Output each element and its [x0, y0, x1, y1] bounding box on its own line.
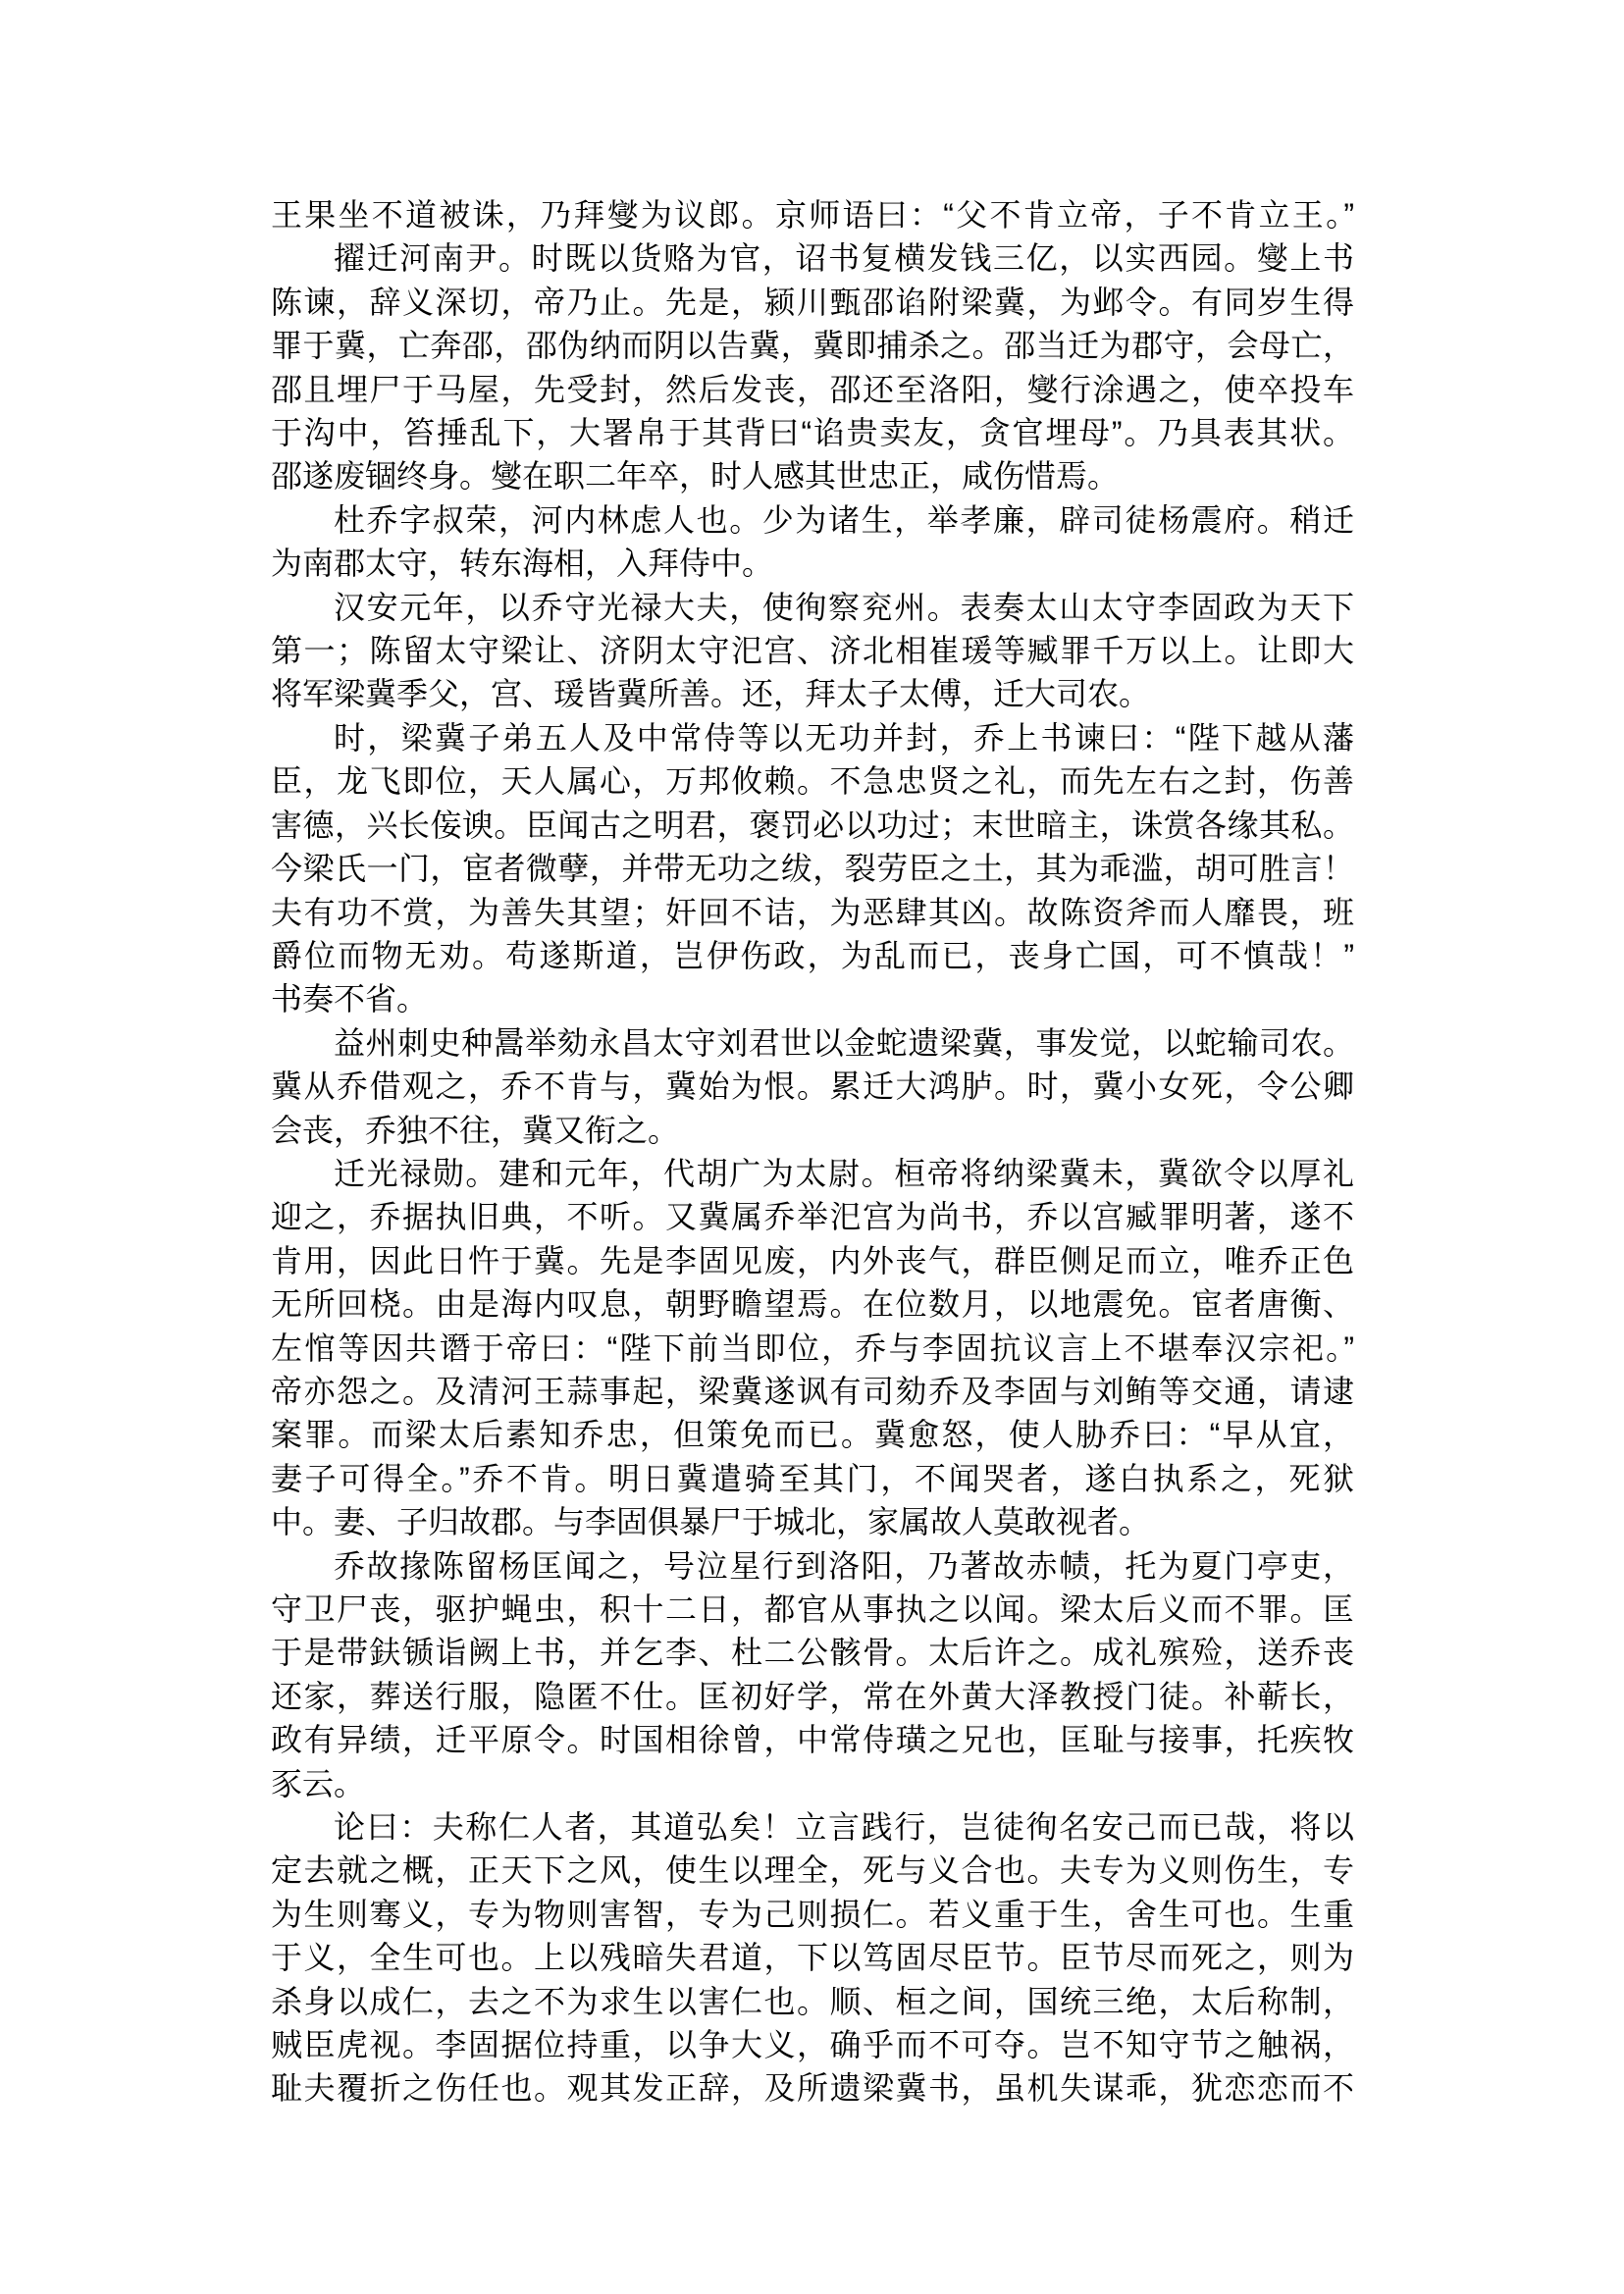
text-line: 肯用，因此日忤于冀。先是李固见废，内外丧气，群臣侧足而立，唯乔正色 — [271, 1239, 1354, 1282]
text-line: 案罪。而梁太后素知乔忠，但策免而已。冀愈怒，使人胁乔曰：“早从宜， — [271, 1413, 1354, 1456]
text-line: 益州刺史种暠举劾永昌太守刘君世以金蛇遗梁冀，事发觉，以蛇输司农。 — [271, 1021, 1354, 1065]
text-line: 帝亦怨之。及清河王蒜事起，梁冀遂讽有司劾乔及李固与刘鲔等交通，请逮 — [271, 1370, 1354, 1413]
text-line: 迁光禄勋。建和元年，代胡广为太尉。桓帝将纳梁冀未，冀欲令以厚礼 — [271, 1152, 1354, 1195]
text-line: 左悺等因共谮于帝曰：“陛下前当即位，乔与李固抗议言上不堪奉汉宗祀。” — [271, 1327, 1354, 1370]
text-line: 无所回桡。由是海内叹息，朝野瞻望焉。在位数月，以地震免。宦者唐衡、 — [271, 1282, 1354, 1326]
text-line: 将军梁冀季父，宫、瑗皆冀所善。还，拜太子太傅，迁大司农。 — [271, 672, 1354, 715]
text-line: 爵位而物无劝。苟遂斯道，岂伊伤政，为乱而已，丧身亡国，可不慎哉！” — [271, 934, 1354, 977]
document-page: 王果坐不道被诛，乃拜燮为议郎。京师语曰：“父不肯立帝，子不肯立王。”擢迁河南尹。… — [0, 0, 1624, 2294]
text-line: 还家，葬送行服，隐匿不仕。匡初好学，常在外黄大泽教授门徒。补蕲长， — [271, 1675, 1354, 1718]
text-column: 王果坐不道被诛，乃拜燮为议郎。京师语曰：“父不肯立帝，子不肯立王。”擢迁河南尹。… — [271, 193, 1354, 2111]
text-line: 罪于冀，亡奔邵，邵伪纳而阴以告冀，冀即捕杀之。邵当迁为郡守，会母亡， — [271, 324, 1354, 367]
text-line: 为南郡太守，转东海相，入拜侍中。 — [271, 542, 1354, 585]
text-line: 迎之，乔据执旧典，不听。又冀属乔举汜宫为尚书，乔以宫臧罪明著，遂不 — [271, 1195, 1354, 1238]
text-line: 乔故掾陈留杨匡闻之，号泣星行到洛阳，乃著故赤帻，托为夏门亭吏， — [271, 1544, 1354, 1588]
text-line: 邵遂废锢终身。燮在职二年卒，时人感其世忠正，咸伤惜焉。 — [271, 454, 1354, 497]
text-line: 杀身以成仁，去之不为求生以害仁也。顺、桓之间，国统三绝，太后称制， — [271, 1980, 1354, 2023]
text-line: 妻子可得全。”乔不肯。明日冀遣骑至其门，不闻哭者，遂白执系之，死狱 — [271, 1457, 1354, 1500]
text-line: 杜乔字叔荣，河内林虑人也。少为诸生，举孝廉，辟司徒杨震府。稍迁 — [271, 498, 1354, 542]
text-line: 贼臣虎视。李固据位持重，以争大义，确乎而不可夺。岂不知守节之触祸， — [271, 2023, 1354, 2066]
text-line: 于沟中，笞捶乱下，大署帛于其背曰“谄贵卖友，贪官埋母”。乃具表其状。 — [271, 411, 1354, 454]
text-line: 陈谏，辞义深切，帝乃止。先是，颍川甄邵谄附梁冀，为邺令。有同岁生得 — [271, 281, 1354, 324]
text-line: 第一；陈留太守梁让、济阴太守汜宫、济北相崔瑗等臧罪千万以上。让即大 — [271, 629, 1354, 672]
text-line: 擢迁河南尹。时既以货赂为官，诏书复横发钱三亿，以实西园。燮上书 — [271, 236, 1354, 280]
text-line: 邵且埋尸于马屋，先受封，然后发丧，邵还至洛阳，燮行涂遇之，使卒投车 — [271, 368, 1354, 411]
text-line: 王果坐不道被诛，乃拜燮为议郎。京师语曰：“父不肯立帝，子不肯立王。” — [271, 193, 1354, 236]
text-line: 臣，龙飞即位，天人属心，万邦攸赖。不急忠贤之礼，而先左右之封，伤善 — [271, 759, 1354, 803]
text-line: 时，梁冀子弟五人及中常侍等以无功并封，乔上书谏曰：“陛下越从藩 — [271, 716, 1354, 759]
text-line: 于是带鈇锧诣阙上书，并乞李、杜二公骸骨。太后许之。成礼殡殓，送乔丧 — [271, 1631, 1354, 1674]
text-line: 会丧，乔独不往，冀又衔之。 — [271, 1109, 1354, 1152]
text-line: 政有异绩，迁平原令。时国相徐曾，中常侍璜之兄也，匡耻与接事，托疾牧 — [271, 1718, 1354, 1761]
text-line: 于义，全生可也。上以残暗失君道，下以笃固尽臣节。臣节尽而死之，则为 — [271, 1936, 1354, 1979]
text-line: 中。妻、子归故郡。与李固俱暴尸于城北，家属故人莫敢视者。 — [271, 1500, 1354, 1543]
text-line: 豕云。 — [271, 1762, 1354, 1805]
text-line: 害德，兴长侫谀。臣闻古之明君，褒罚必以功过；末世暗主，诛赏各缘其私。 — [271, 804, 1354, 847]
text-line: 耻夫覆折之伤任也。观其发正辞，及所遗梁冀书，虽机失谋乖，犹恋恋而不 — [271, 2066, 1354, 2110]
text-line: 汉安元年，以乔守光禄大夫，使徇察兖州。表奏太山太守李固政为天下 — [271, 586, 1354, 629]
text-line: 论曰：夫称仁人者，其道弘矣！立言践行，岂徒徇名安己而已哉，将以 — [271, 1805, 1354, 1849]
text-line: 书奏不省。 — [271, 977, 1354, 1020]
text-line: 守卫尸丧，驱护蝇虫，积十二日，都官从事执之以闻。梁太后义而不罪。匡 — [271, 1588, 1354, 1631]
text-line: 今梁氏一门，宦者微孽，并带无功之绂，裂劳臣之土，其为乖滥，胡可胜言！ — [271, 847, 1354, 890]
text-line: 为生则骞义，专为物则害智，专为己则损仁。若义重于生，舍生可也。生重 — [271, 1893, 1354, 1936]
text-line: 夫有功不赏，为善失其望；奸回不诘，为恶肆其凶。故陈资斧而人靡畏，班 — [271, 891, 1354, 934]
text-line: 定去就之概，正天下之风，使生以理全，死与义合也。夫专为义则伤生，专 — [271, 1849, 1354, 1892]
text-line: 冀从乔借观之，乔不肯与，冀始为恨。累迁大鸿胪。时，冀小女死，令公卿 — [271, 1065, 1354, 1108]
